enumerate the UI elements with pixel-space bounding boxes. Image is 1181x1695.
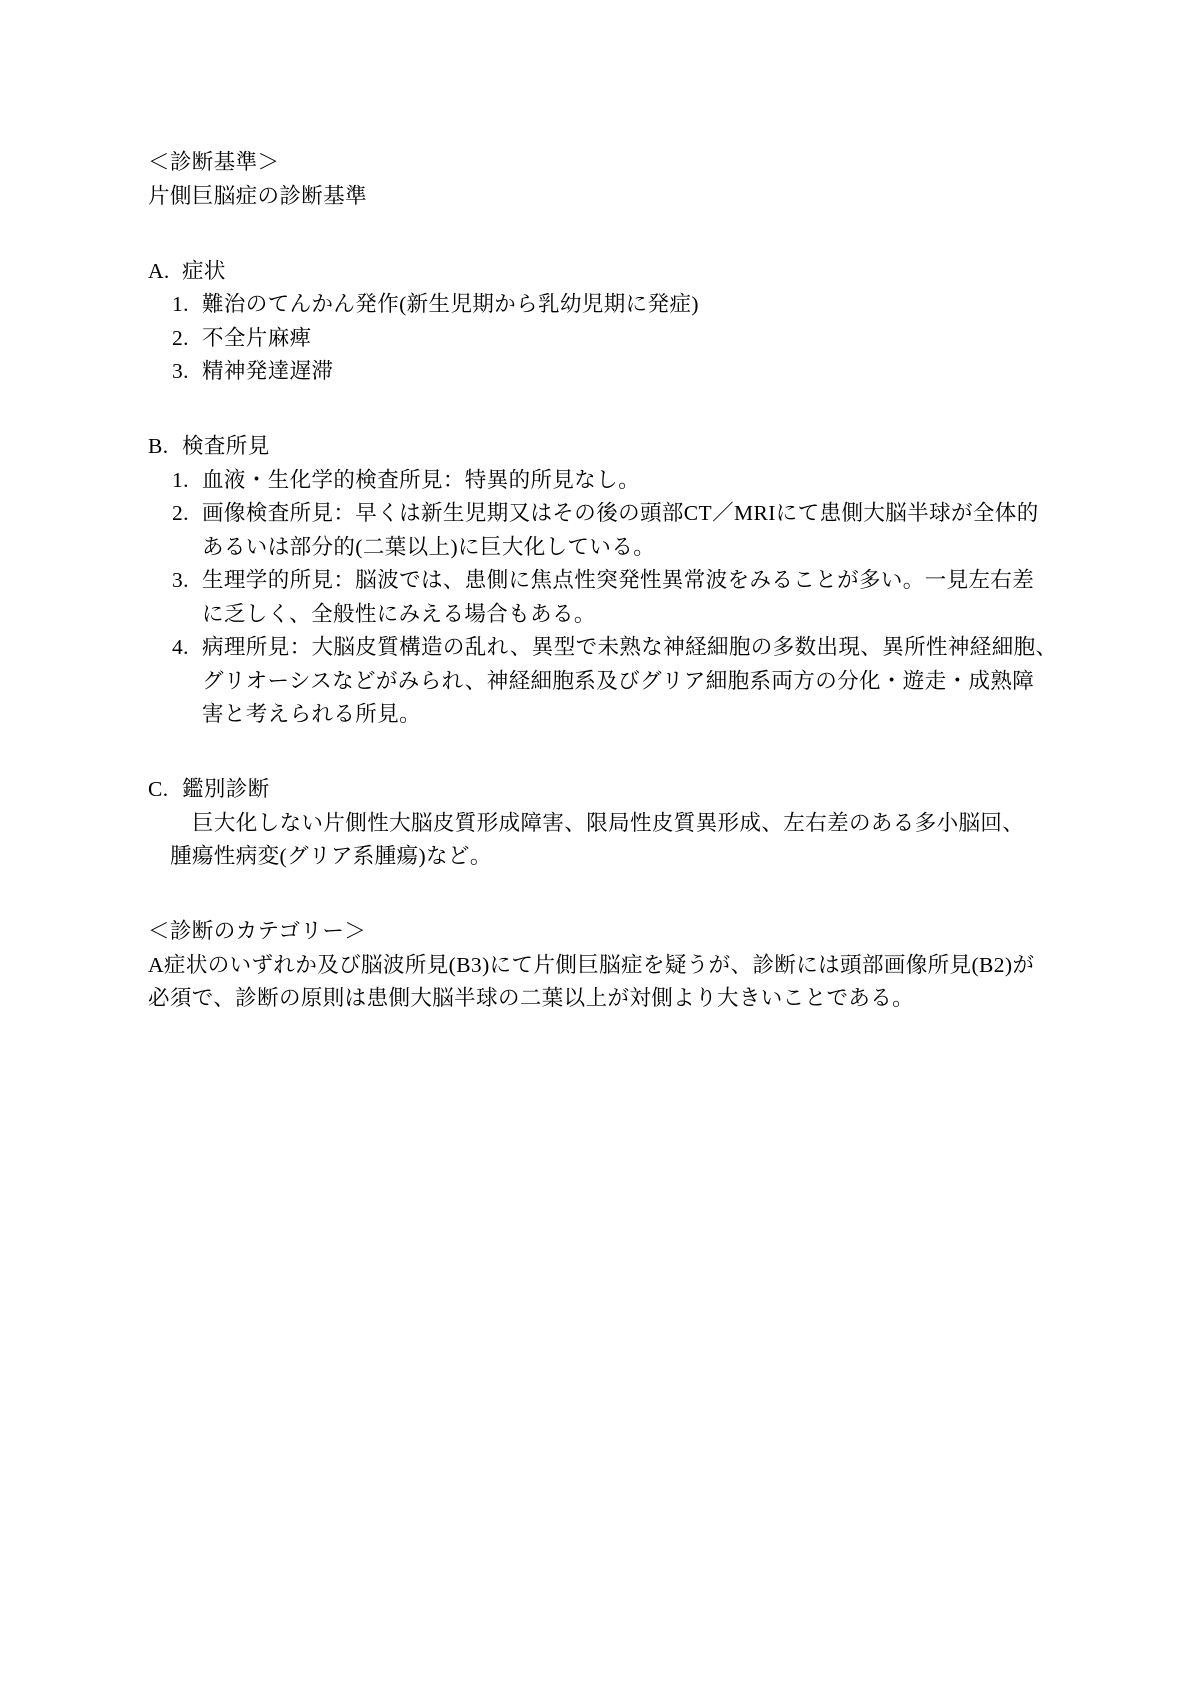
item-number: 2.: [172, 322, 202, 356]
item-text: 難治のてんかん発作(新生児期から乳幼児期に発症): [202, 288, 699, 322]
item-number: 1.: [172, 288, 202, 322]
section-a-heading: A. 症状: [148, 255, 1048, 289]
item-number: 2.: [172, 497, 202, 531]
item-text: 血液・生化学的検査所見：特異的所見なし。: [202, 464, 640, 498]
section-c-title: 鑑別診断: [182, 773, 270, 807]
document-body: ＜診断基準＞ 片側巨脳症の診断基準 A. 症状 1. 難治のてんかん発作(新生児…: [148, 146, 1048, 1016]
list-item: 2. 不全片麻痺: [148, 322, 1048, 356]
item-number: 1.: [172, 464, 202, 498]
doc-title: ＜診断基準＞: [148, 146, 1048, 180]
item-text: 病理所見：大脳皮質構造の乱れ、異型で未熟な神経細胞の多数出現、異所性神経細胞、: [202, 631, 1057, 665]
category-section: ＜診断のカテゴリー＞ A症状のいずれか及び脳波所見(B3)にて片側巨脳症を疑うが…: [148, 915, 1048, 1016]
section-a-label: A.: [148, 255, 182, 289]
list-item: 1. 血液・生化学的検査所見：特異的所見なし。: [148, 464, 1048, 498]
paragraph-line: A症状のいずれか及び脳波所見(B3)にて片側巨脳症を疑うが、診断には頭部画像所見…: [148, 949, 1048, 983]
item-continuation: あるいは部分的(二葉以上)に巨大化している。: [148, 531, 1048, 565]
paragraph-line: 巨大化しない片側性大脳皮質形成障害、限局性皮質異形成、左右差のある多小脳回、: [148, 807, 1048, 841]
paragraph-line: 必須で、診断の原則は患側大脳半球の二葉以上が対側より大きいことである。: [148, 982, 1048, 1016]
item-number: 4.: [172, 631, 202, 665]
list-item: 2. 画像検査所見：早くは新生児期又はその後の頭部CT／MRIにて患側大脳半球が…: [148, 497, 1048, 531]
list-item: 3. 精神発達遅滞: [148, 355, 1048, 389]
section-b: B. 検査所見 1. 血液・生化学的検査所見：特異的所見なし。 2. 画像検査所…: [148, 430, 1048, 732]
item-continuation: 害と考えられる所見。: [148, 698, 1048, 732]
section-c-label: C.: [148, 773, 182, 807]
list-item: 1. 難治のてんかん発作(新生児期から乳幼児期に発症): [148, 288, 1048, 322]
document-page: ＜診断基準＞ 片側巨脳症の診断基準 A. 症状 1. 難治のてんかん発作(新生児…: [0, 0, 1181, 1695]
section-a: A. 症状 1. 難治のてんかん発作(新生児期から乳幼児期に発症) 2. 不全片…: [148, 255, 1048, 389]
item-continuation: グリオーシスなどがみられ、神経細胞系及びグリア細胞系両方の分化・遊走・成熟障: [148, 665, 1048, 699]
item-text: 生理学的所見：脳波では、患側に焦点性突発性異常波をみることが多い。一見左右差: [202, 564, 1034, 598]
category-heading: ＜診断のカテゴリー＞: [148, 915, 1048, 949]
item-text: 画像検査所見：早くは新生児期又はその後の頭部CT／MRIにて患側大脳半球が全体的: [202, 497, 1039, 531]
item-continuation: に乏しく、全般性にみえる場合もある。: [148, 598, 1048, 632]
section-c-heading: C. 鑑別診断: [148, 773, 1048, 807]
section-c: C. 鑑別診断 巨大化しない片側性大脳皮質形成障害、限局性皮質異形成、左右差のあ…: [148, 773, 1048, 874]
section-b-label: B.: [148, 430, 182, 464]
paragraph-line: 腫瘍性病変(グリア系腫瘍)など。: [148, 840, 1048, 874]
doc-subtitle: 片側巨脳症の診断基準: [148, 180, 1048, 214]
item-text: 精神発達遅滞: [202, 355, 333, 389]
section-a-title: 症状: [182, 255, 226, 289]
section-b-title: 検査所見: [182, 430, 270, 464]
list-item: 4. 病理所見：大脳皮質構造の乱れ、異型で未熟な神経細胞の多数出現、異所性神経細…: [148, 631, 1048, 665]
item-number: 3.: [172, 564, 202, 598]
section-b-heading: B. 検査所見: [148, 430, 1048, 464]
list-item: 3. 生理学的所見：脳波では、患側に焦点性突発性異常波をみることが多い。一見左右…: [148, 564, 1048, 598]
item-number: 3.: [172, 355, 202, 389]
item-text: 不全片麻痺: [202, 322, 312, 356]
